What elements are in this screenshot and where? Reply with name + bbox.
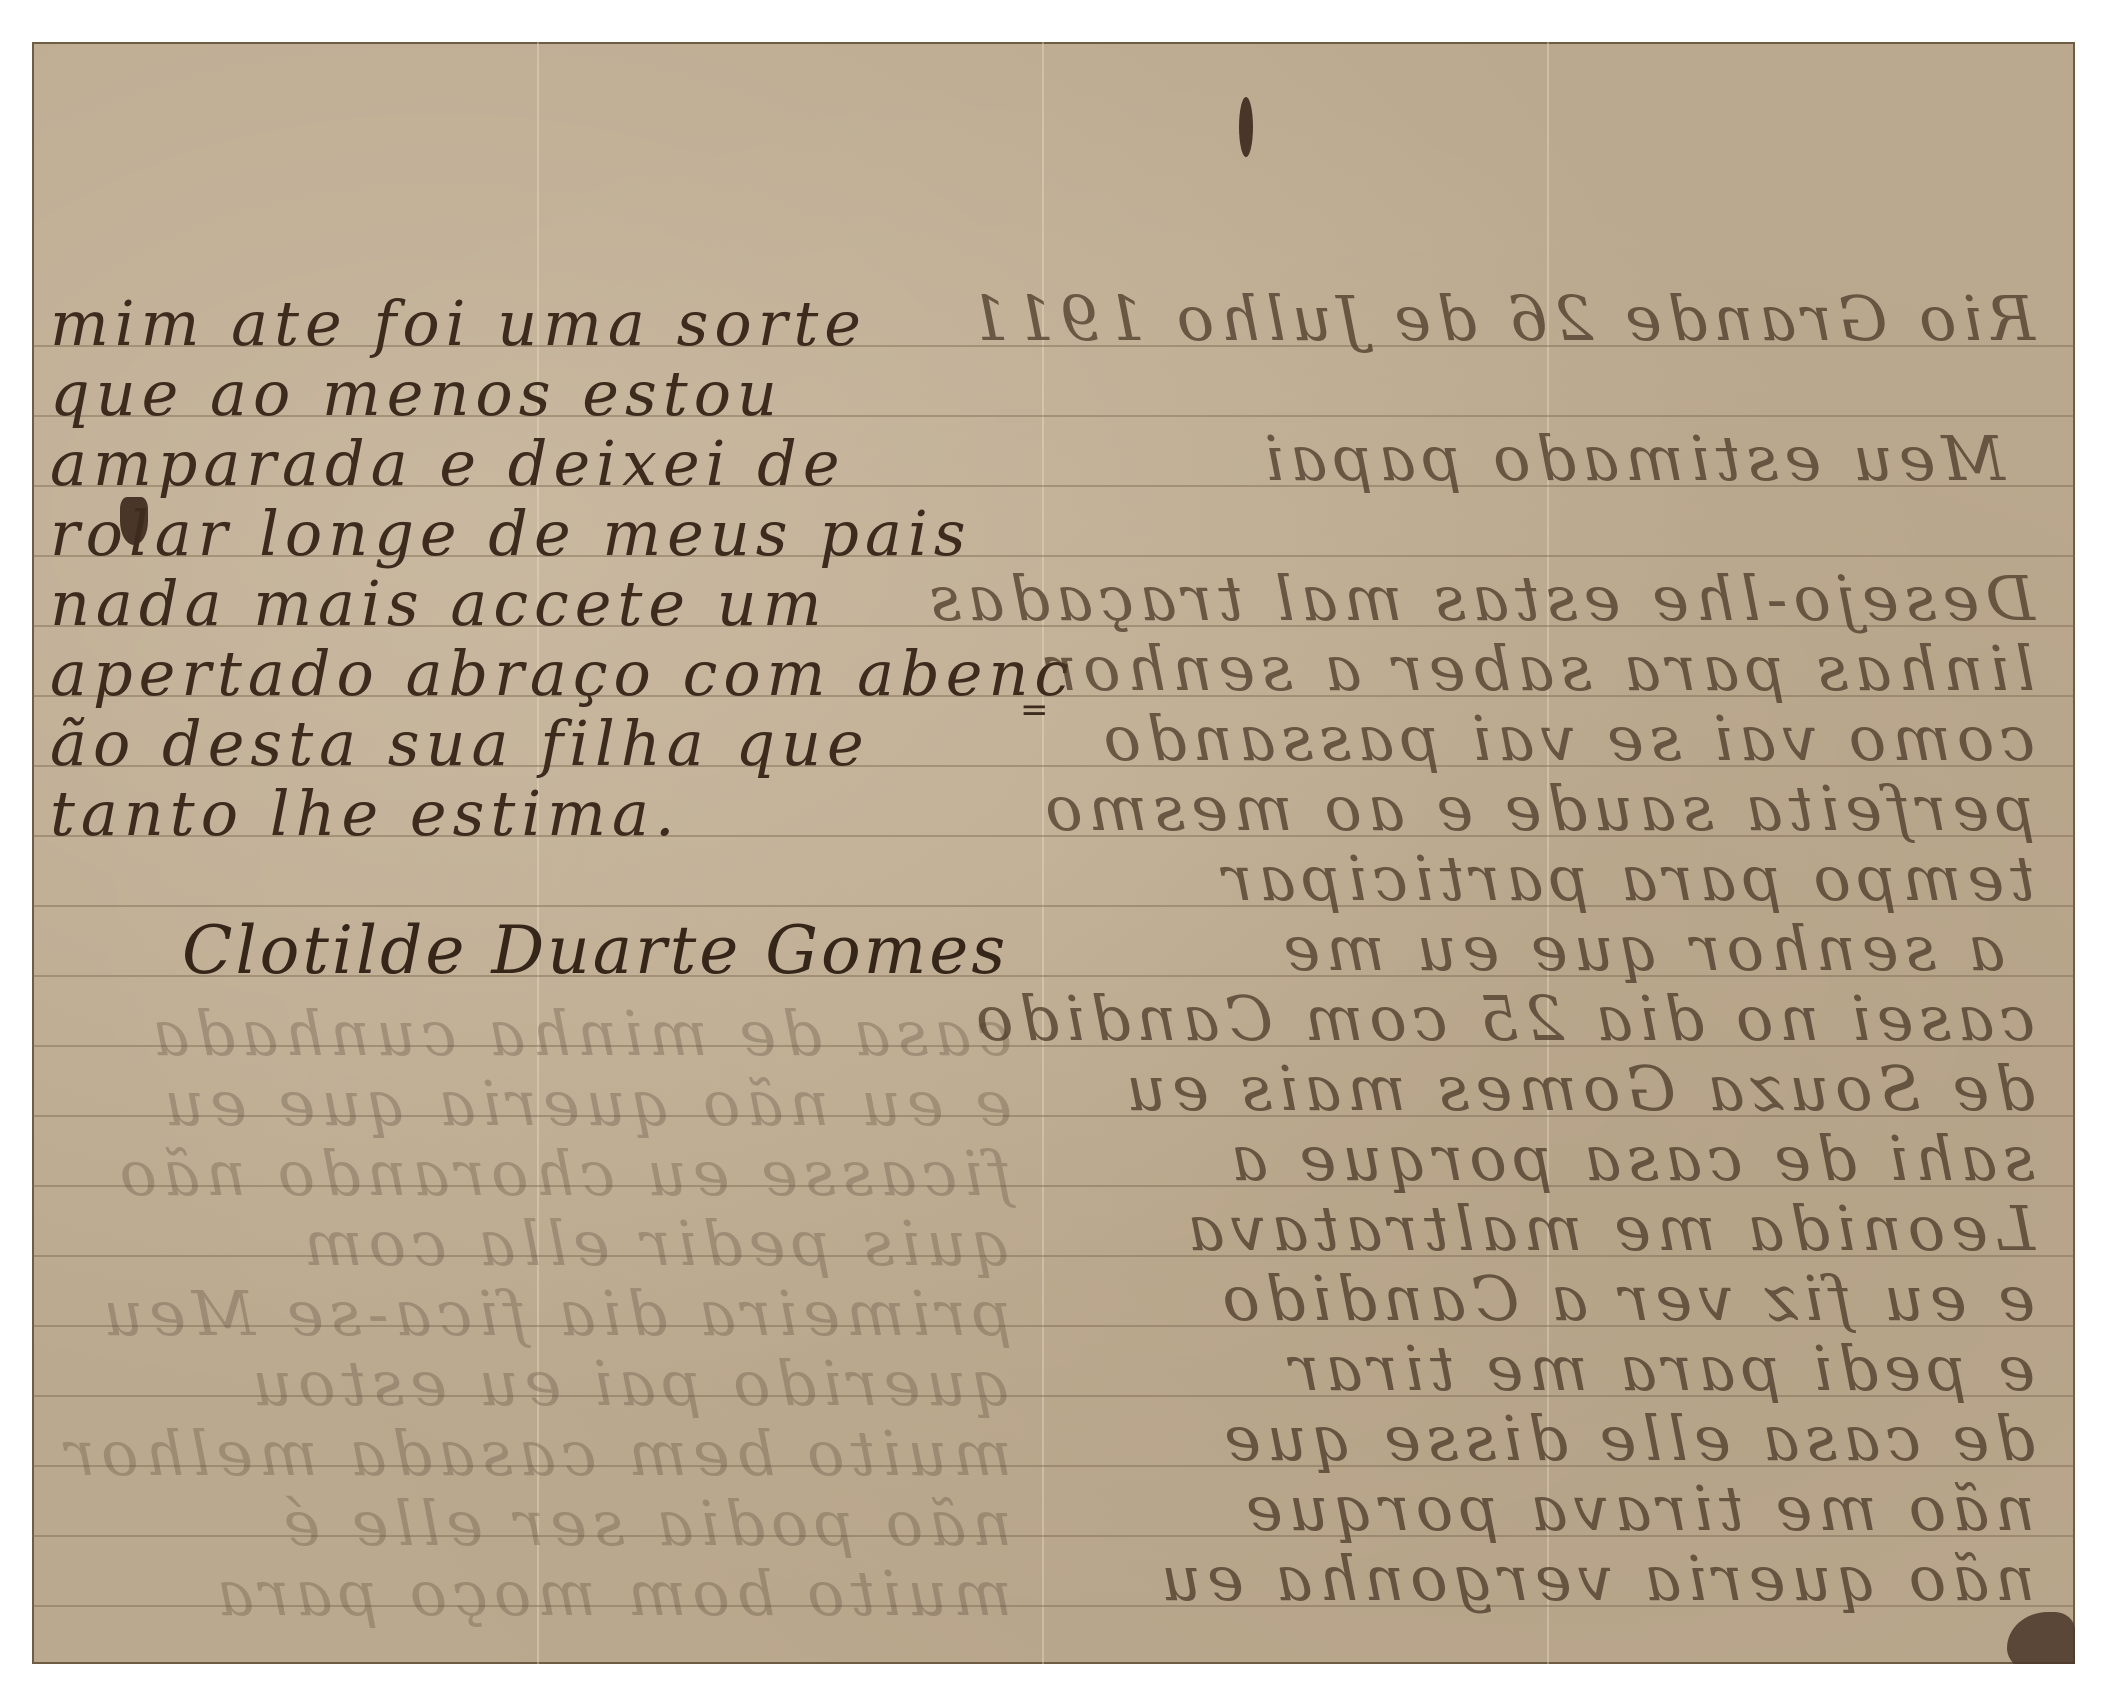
mirrored-line: e pedi para me tirar (1284, 1332, 2035, 1405)
letter-line: rolar longe de meus pais (50, 497, 972, 570)
mirrored-line: Meu estimado papai (1258, 422, 2005, 495)
mirrored-line: a senhor que eu me (1277, 912, 2005, 985)
mirrored-line: tempo para participar (1217, 842, 2035, 915)
mirrored-line: não me tirava porque (1240, 1472, 2035, 1545)
letter-line: que ao menos estou (50, 357, 783, 430)
mirrored-line: sahi de casa porque a (1225, 1122, 2035, 1195)
mirrored-line: casei no dia 25 com Candido (970, 982, 2035, 1055)
mirrored-line: como vai se vai passando (1098, 702, 2035, 775)
letter-line: mim ate foi uma sorte (50, 287, 867, 360)
letter-line: apertado abraço com abenc (50, 637, 1075, 710)
signature: Clotilde Duarte Gomes (182, 912, 1008, 989)
mirrored-line: linhas para saber a senhor (1042, 632, 2035, 705)
letter-line: tanto lhe estima. (50, 777, 681, 850)
letter-line: amparada e deixei de (50, 427, 846, 500)
letter-paper: casa de minha cunhada e eu não queria qu… (32, 42, 2075, 1664)
mirrored-line: não queria vergonha eu (1155, 1542, 2035, 1615)
right-page-mirrored: Rio Grande 26 de Julho 1911 Meu estimado… (1042, 42, 2075, 1664)
mirrored-line: e eu fiz ver a Candido (1217, 1262, 2035, 1335)
mirrored-line: Leonida me maltratava (1182, 1192, 2035, 1265)
mirrored-line: de casa elle disse que (1218, 1402, 2035, 1475)
mirrored-line: de Souza Gomes mais eu (1120, 1052, 2035, 1125)
mirrored-line: Rio Grande 26 de Julho 1911 (963, 282, 2035, 355)
mirrored-line: perfeita saude e ao mesmo (1039, 772, 2035, 845)
letter-line: nada mais accete um (50, 567, 828, 640)
letter-line: ão desta sua filha que (50, 707, 870, 780)
mirrored-line: Desejo-lhe estas mal traçadas (924, 562, 2035, 635)
left-page: mim ate foi uma sorte que ao menos estou… (32, 42, 1042, 1664)
